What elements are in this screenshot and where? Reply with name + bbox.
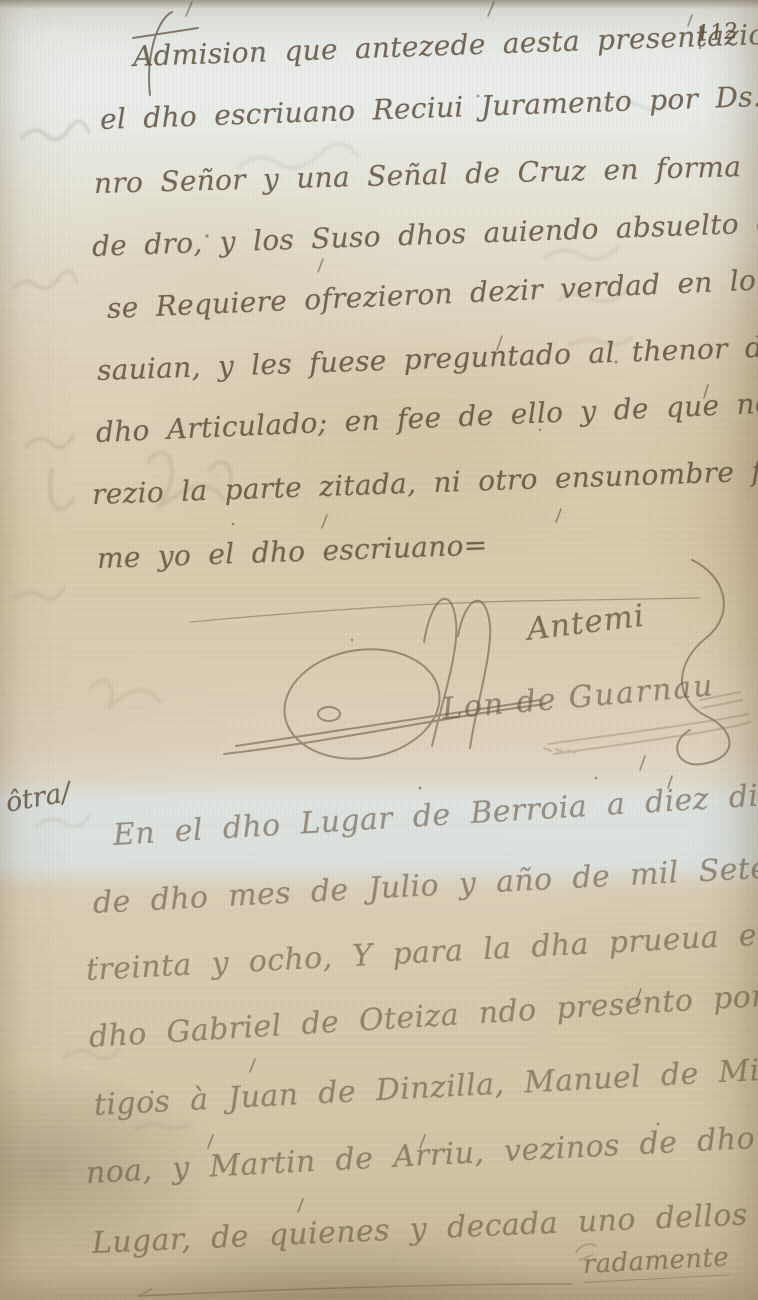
manuscript-line: de dho mes de Julio y año de mil Setes. … xyxy=(92,847,758,921)
binding-edge xyxy=(0,0,17,1300)
manuscript-line: me yo el dho escriuano= xyxy=(96,528,488,575)
manuscript-line: nro Señor y una Señal de Cruz en forma xyxy=(94,150,742,200)
manuscript-line: se Requiere ofrezieron dezir verdad en l… xyxy=(106,262,758,325)
page-top-edge xyxy=(0,0,758,9)
ante-mi-label: Antemi xyxy=(525,598,647,648)
manuscript-line: noa, y Martin de Arriu, vezinos de dho xyxy=(85,1121,756,1191)
manuscript-line: En el dho Lugar de Berroia a diez dias xyxy=(112,776,758,852)
manuscript-page: 112 ôtra/ Admision que antezede aesta pr… xyxy=(0,0,758,1300)
manuscript-line: de dro, y los Suso dhos auiendo absuelto… xyxy=(91,204,758,263)
manuscript-line: el dho escriuano Reciui Juramento por Ds… xyxy=(99,80,758,136)
catchword: radamente xyxy=(582,1242,730,1283)
manuscript-line: dho Articulado; en fee de ello y de que … xyxy=(95,384,758,449)
manuscript-line: sauian, y les fuese preguntado al thenor… xyxy=(96,330,758,387)
notary-signature: Lon de Guarnau xyxy=(440,668,715,727)
manuscript-line: dho Gabriel de Oteiza ndo presento por t… xyxy=(88,974,758,1055)
manuscript-line: treinta y ocho, Y para la dha prueua el xyxy=(85,917,758,988)
manuscript-line: Admision que antezede aesta presentazion… xyxy=(132,15,758,73)
bottom-rule-line xyxy=(138,1284,572,1296)
manuscript-line: tigos à Juan de Dinzilla, Manuel de Mi- xyxy=(93,1053,758,1123)
manuscript-line: rezio la parte zitada, ni otro ensunombr… xyxy=(91,453,758,511)
